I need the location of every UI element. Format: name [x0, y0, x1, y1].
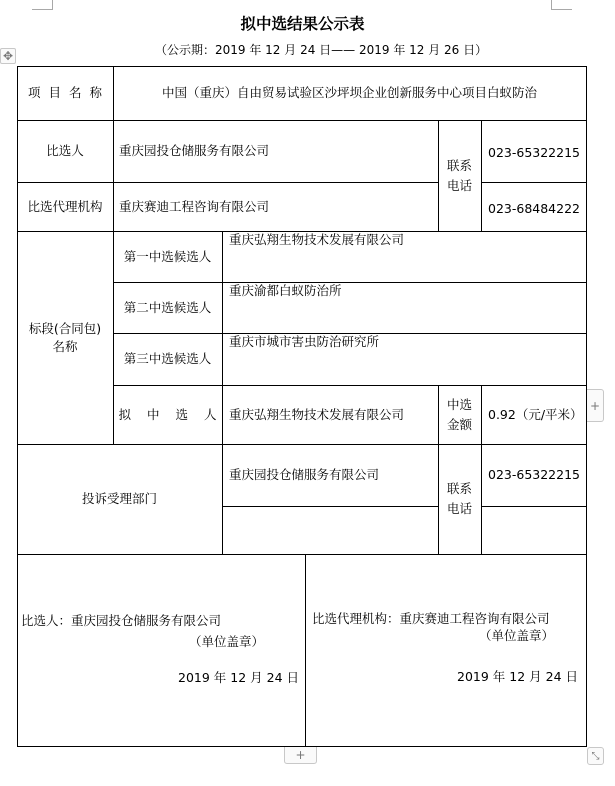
plus-icon: +: [590, 399, 600, 413]
plus-icon: +: [295, 748, 305, 762]
table-resize-handle[interactable]: ⤡: [587, 747, 604, 765]
amount-label-line2: 金额: [447, 415, 472, 435]
complaint-contact-label: 联系 电话: [438, 444, 481, 554]
contact-label-line2: 电话: [447, 176, 472, 196]
purchaser-phone: 023-65322215: [481, 120, 586, 182]
signature-left-stamp: （单位盖章）: [189, 634, 264, 650]
amount-label-line1: 中选: [447, 395, 472, 415]
candidate-1-label: 第一中选候选人: [113, 231, 222, 282]
candidate-1-name: 重庆弘翔生物技术发展有限公司: [222, 231, 586, 282]
contact-label-line1: 联系: [447, 156, 472, 176]
agency-label: 比选代理机构: [17, 182, 113, 231]
publicity-period: （公示期：2019 年 12 月 24 日—— 2019 年 12 月 26 日…: [155, 42, 445, 58]
complaint-department-label: 投诉受理部门: [17, 444, 222, 554]
resize-icon: ⤡: [592, 751, 600, 762]
contact-phone-label: 联系 电话: [438, 120, 481, 231]
agency-value: 重庆赛迪工程咨询有限公司: [113, 182, 438, 231]
complaint-phone: 023-65322215: [481, 444, 586, 506]
agency-phone: 023-68484222: [481, 182, 586, 231]
project-name-label: 项 目 名 称: [17, 66, 113, 120]
proposed-winner-label: 拟 中 选 人: [113, 385, 222, 444]
move-icon: ✥: [3, 49, 13, 63]
complaint-contact-line2: 电话: [447, 499, 472, 519]
table-move-handle[interactable]: ✥: [0, 48, 16, 64]
proposed-winner-name: 重庆弘翔生物技术发展有限公司: [222, 385, 438, 444]
section-label-line1: 标段(合同包): [29, 320, 101, 338]
complaint-department-2: [222, 506, 438, 554]
candidate-3-name: 重庆市城市害虫防治研究所: [222, 333, 586, 385]
section-label-line2: 名称: [52, 338, 77, 356]
signature-right-date: 2019 年 12 月 24 日: [457, 669, 578, 685]
signature-right-stamp: （单位盖章）: [479, 628, 554, 644]
purchaser-label: 比选人: [17, 120, 113, 182]
add-row-button[interactable]: +: [284, 747, 317, 764]
section-label: 标段(合同包) 名称: [17, 231, 113, 444]
candidate-2-name: 重庆渝都白蚁防治所: [222, 282, 586, 333]
add-column-button[interactable]: +: [587, 389, 604, 422]
winning-amount-value: 0.92（元/平米）: [481, 385, 586, 444]
page-corner-mark-top-left: [32, 9, 53, 10]
signature-left-party: 比选人：重庆园投仓储服务有限公司: [21, 613, 221, 629]
candidate-3-label: 第三中选候选人: [113, 333, 222, 385]
candidate-2-label: 第二中选候选人: [113, 282, 222, 333]
complaint-contact-line1: 联系: [447, 479, 472, 499]
document-title: 拟中选结果公示表: [0, 14, 605, 34]
purchaser-value: 重庆园投仓储服务有限公司: [113, 120, 438, 182]
table-rule: [305, 554, 306, 746]
winning-amount-label: 中选 金额: [438, 385, 481, 444]
complaint-department: 重庆园投仓储服务有限公司: [222, 444, 438, 506]
project-name-value: 中国（重庆）自由贸易试验区沙坪坝企业创新服务中心项目白蚁防治: [113, 66, 586, 120]
signature-left-date: 2019 年 12 月 24 日: [178, 670, 299, 686]
page-corner-mark-top-right: [551, 9, 572, 10]
signature-right-party: 比选代理机构：重庆赛迪工程咨询有限公司: [312, 611, 550, 627]
complaint-phone-2: [481, 506, 586, 554]
table-rule: [17, 554, 587, 555]
